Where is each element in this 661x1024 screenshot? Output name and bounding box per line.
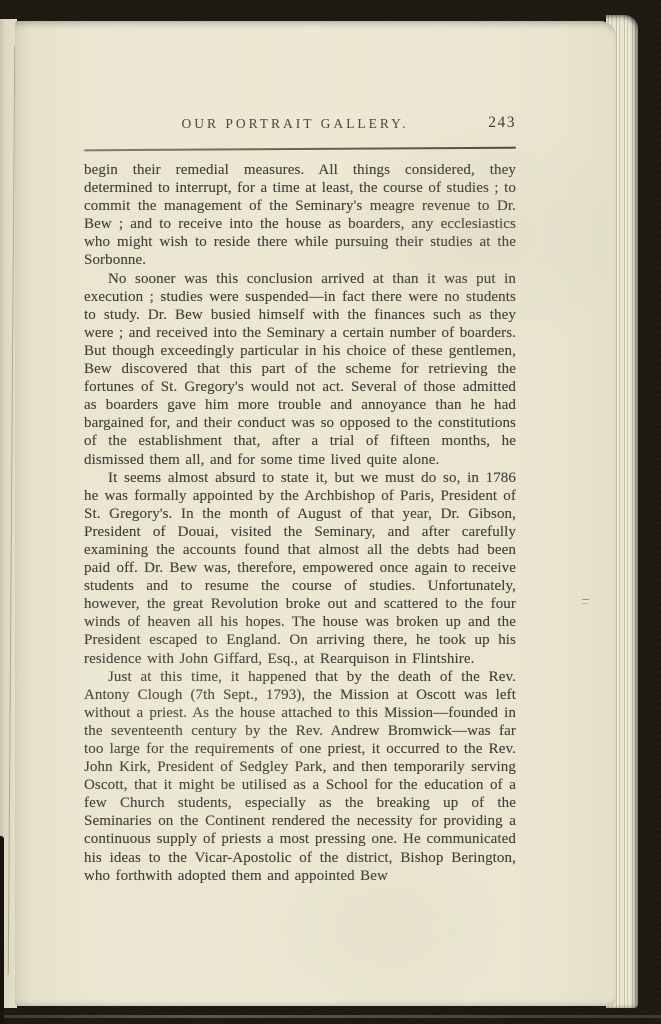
paper-speck: [582, 599, 589, 600]
book-photo: OUR PORTRAIT GALLERY. 243 begin their re…: [0, 0, 661, 1024]
running-header: OUR PORTRAIT GALLERY. 243: [84, 116, 516, 138]
paragraph: No sooner was this conclusion arrived at…: [84, 270, 516, 469]
header-rule: [84, 147, 516, 152]
cover-left-sliver: [0, 836, 4, 1024]
page-content: OUR PORTRAIT GALLERY. 243 begin their re…: [84, 116, 516, 885]
paragraph: It seems almost absurd to state it, but …: [84, 469, 516, 668]
book-page: OUR PORTRAIT GALLERY. 243 begin their re…: [15, 21, 616, 1006]
body-text: begin their remedial measures. All thing…: [84, 161, 516, 885]
cover-bottom-edge: [0, 1015, 661, 1018]
paragraph: begin their remedial measures. All thing…: [84, 161, 516, 270]
paragraph: Just at this time, it happened that by t…: [84, 668, 516, 885]
page-number: 243: [488, 114, 516, 132]
running-header-title: OUR PORTRAIT GALLERY.: [84, 116, 506, 132]
paper-speck: [582, 603, 588, 604]
